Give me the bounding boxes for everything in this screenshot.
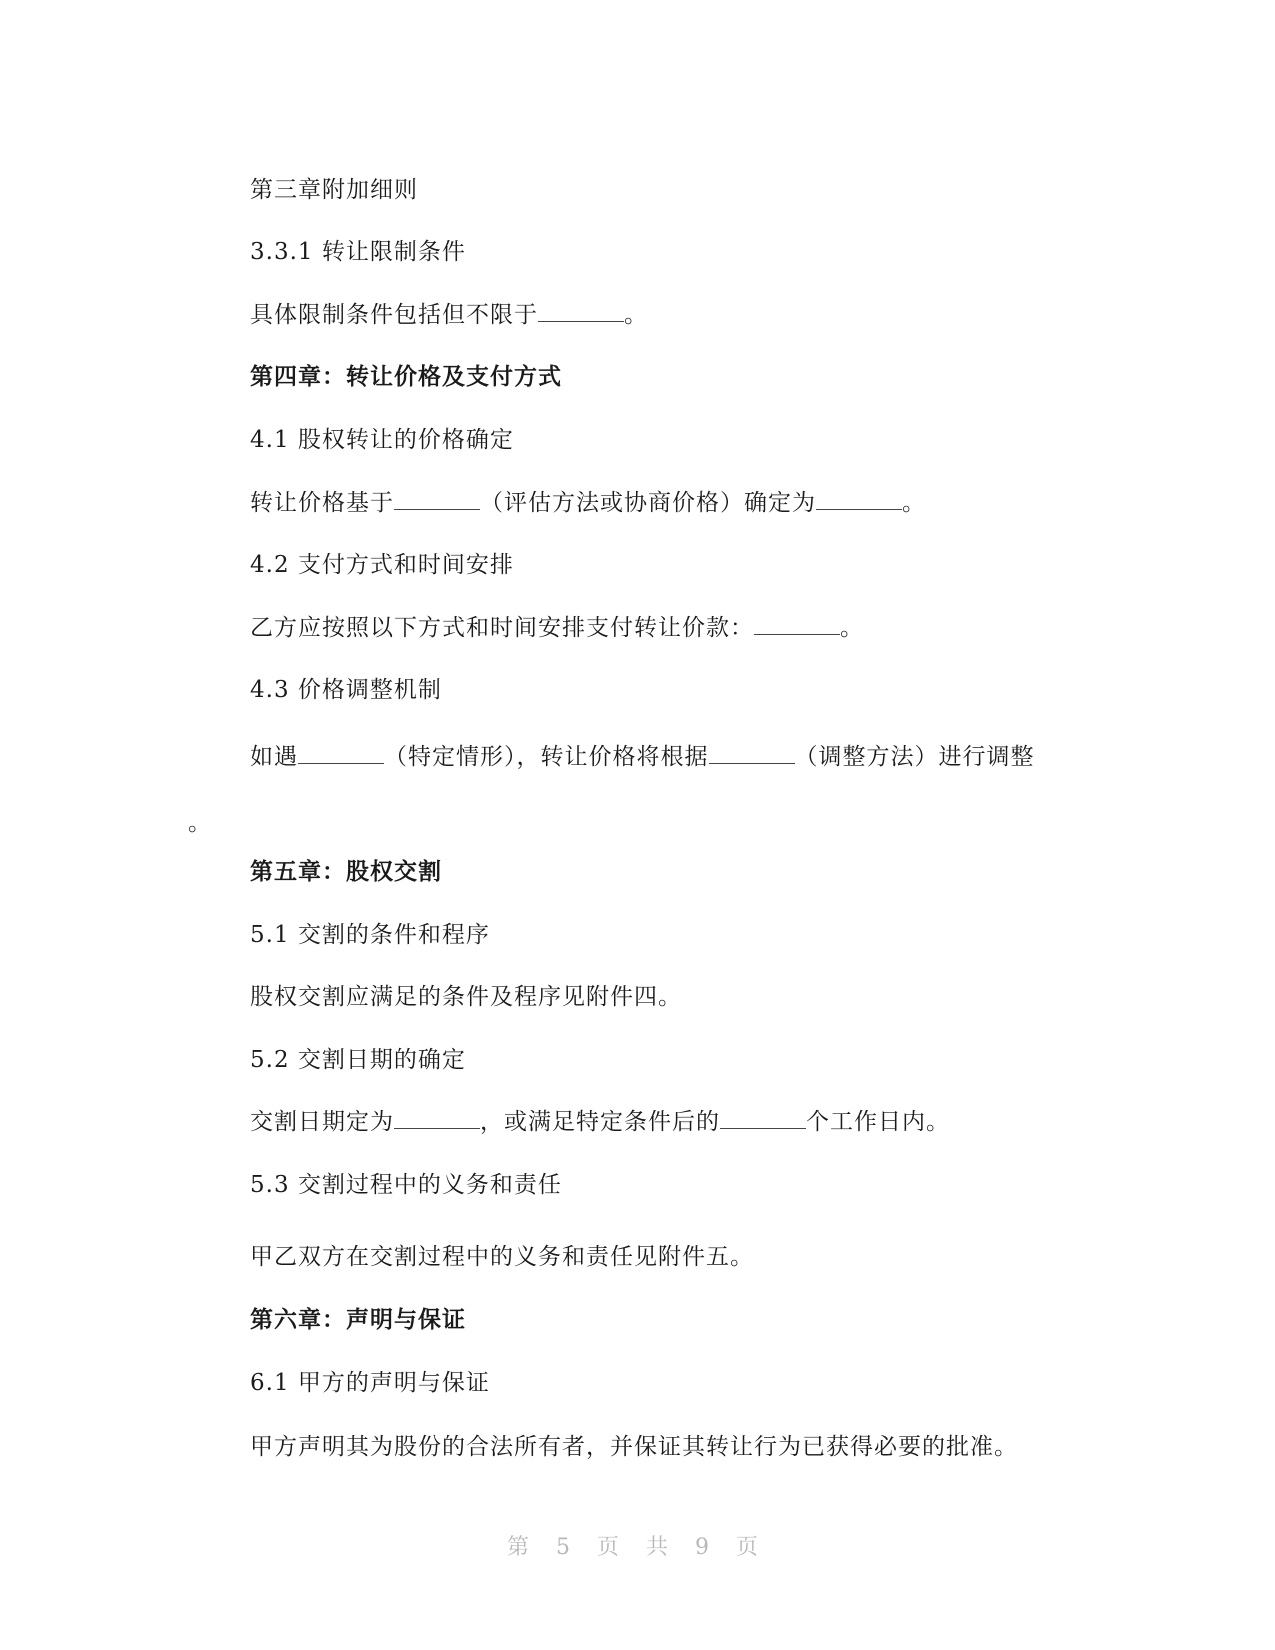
section-heading-chapter3-details: 第三章附加细则 — [250, 175, 418, 205]
fill-in-blank — [298, 743, 384, 764]
text-segment: （评估方法或协商价格）确定为 — [480, 490, 816, 516]
clause-4-1-title: 4.1 股权转让的价格确定 — [250, 425, 514, 455]
fill-in-blank — [816, 489, 902, 510]
text-segment: （调整方法）进行调整 — [795, 744, 1035, 770]
text-segment: 。 — [840, 615, 864, 641]
clause-4-2-title: 4.2 支付方式和时间安排 — [250, 550, 514, 580]
clause-4-3-title: 4.3 价格调整机制 — [250, 675, 442, 705]
chapter-4-heading: 第四章：转让价格及支付方式 — [250, 362, 562, 392]
clause-5-2-title: 5.2 交割日期的确定 — [250, 1045, 466, 1075]
text-segment: 交割日期定为 — [250, 1109, 394, 1135]
wrapped-period: 。 — [188, 808, 211, 838]
text-segment: 如遇 — [250, 744, 298, 770]
fill-in-blank — [720, 1108, 806, 1129]
text-segment: （特定情形），转让价格将根据 — [384, 744, 709, 770]
clause-4-3-body: 如遇（特定情形），转让价格将根据（调整方法）进行调整 — [250, 742, 1035, 772]
chapter-6-heading: 第六章：声明与保证 — [250, 1305, 466, 1335]
clause-5-1-body: 股权交割应满足的条件及程序见附件四。 — [250, 982, 682, 1012]
fill-in-blank — [709, 743, 795, 764]
text-segment: 。 — [902, 490, 926, 516]
text-segment: 。 — [624, 302, 648, 328]
text-segment: 个工作日内。 — [806, 1109, 950, 1135]
text-segment: ，或满足特定条件后的 — [480, 1109, 720, 1135]
fill-in-blank — [538, 301, 624, 322]
clause-5-3-body: 甲乙双方在交割过程中的义务和责任见附件五。 — [250, 1242, 754, 1272]
page-number-footer: 第 5 页 共 9 页 — [0, 1530, 1275, 1561]
clause-4-1-body: 转让价格基于（评估方法或协商价格）确定为。 — [250, 488, 926, 518]
text-segment: 转让价格基于 — [250, 490, 394, 516]
clause-5-2-body: 交割日期定为，或满足特定条件后的个工作日内。 — [250, 1107, 950, 1137]
clause-5-3-title: 5.3 交割过程中的义务和责任 — [250, 1170, 562, 1200]
clause-3-3-1-body: 具体限制条件包括但不限于。 — [250, 300, 648, 330]
text-segment: 具体限制条件包括但不限于 — [250, 302, 538, 328]
fill-in-blank — [754, 614, 840, 635]
fill-in-blank — [394, 1108, 480, 1129]
fill-in-blank — [394, 489, 480, 510]
chapter-5-heading: 第五章：股权交割 — [250, 857, 442, 887]
clause-6-1-title: 6.1 甲方的声明与保证 — [250, 1368, 490, 1398]
clause-3-3-1-title: 3.3.1 转让限制条件 — [250, 237, 466, 267]
clause-6-1-body: 甲方声明其为股份的合法所有者，并保证其转让行为已获得必要的批准。 — [250, 1432, 1018, 1462]
clause-5-1-title: 5.1 交割的条件和程序 — [250, 920, 490, 950]
text-segment: 乙方应按照以下方式和时间安排支付转让价款： — [250, 615, 754, 641]
clause-4-2-body: 乙方应按照以下方式和时间安排支付转让价款：。 — [250, 613, 864, 643]
